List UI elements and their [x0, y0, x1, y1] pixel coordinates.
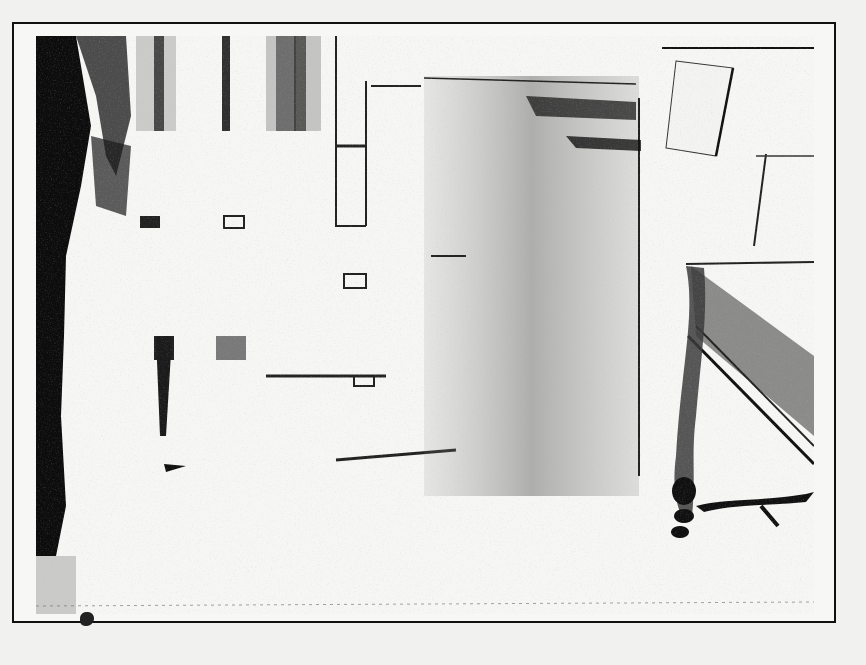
- room-scene: [36, 36, 814, 614]
- ink-smudge: [80, 612, 94, 626]
- photo-frame: [12, 22, 836, 623]
- photocopied-photograph: [36, 36, 814, 614]
- photocopy-grain: [36, 36, 814, 614]
